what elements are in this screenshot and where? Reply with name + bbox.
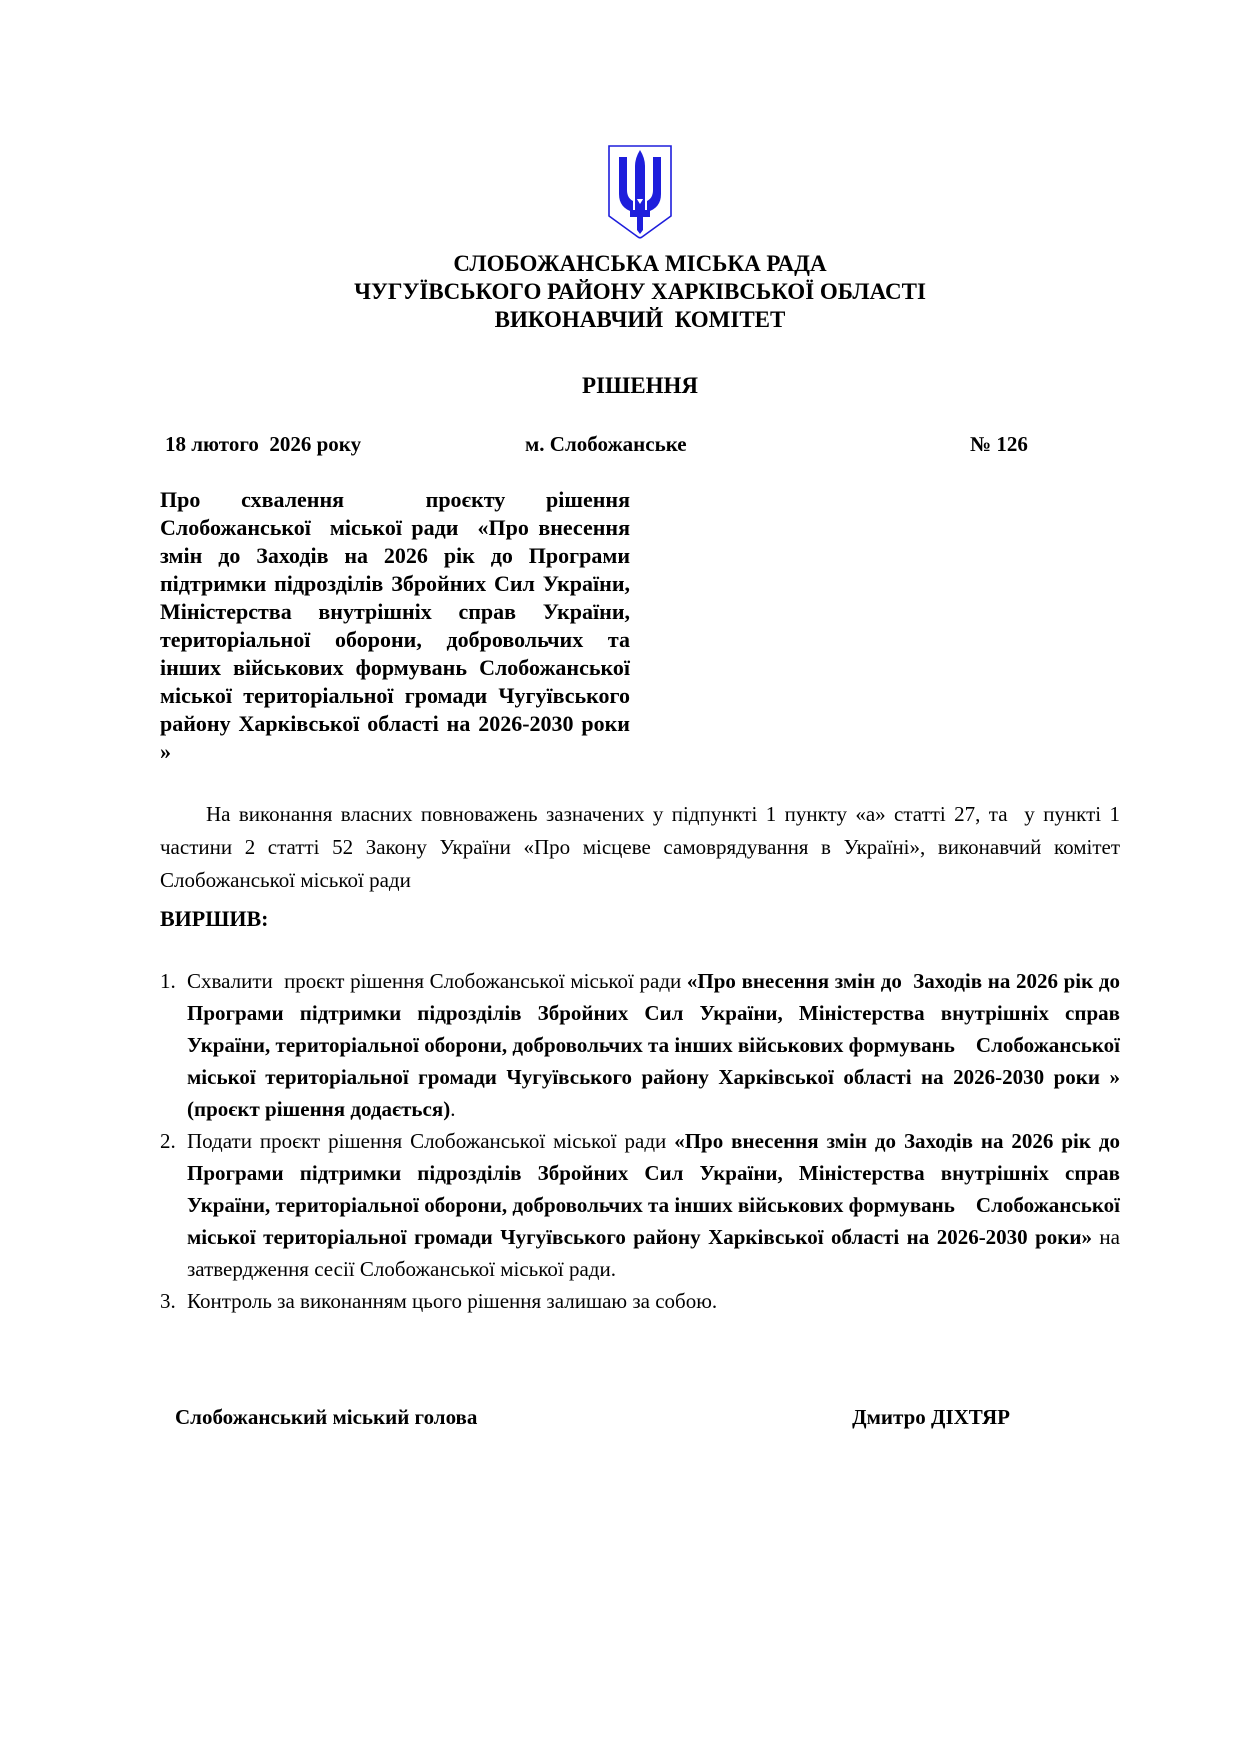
subject-paragraph: Про схвалення проєкту рішення Слобожансь…: [160, 486, 630, 766]
list-item: 1. Схвалити проєкт рішення Слобожанської…: [160, 965, 1120, 1125]
doc-type-title: РІШЕННЯ: [160, 372, 1120, 400]
item-number: 1.: [160, 965, 187, 1125]
doc-number: № 126: [970, 430, 1120, 458]
preamble-paragraph: На виконання власних повноважень зазначе…: [160, 798, 1120, 897]
document-content: СЛОБОЖАНСЬКА МІСЬКА РАДА ЧУГУЇВСЬКОГО РА…: [160, 0, 1120, 1431]
item-text: Подати проєкт рішення Слобожанської місь…: [187, 1125, 1120, 1285]
resolved-heading: ВИРШИВ:: [160, 905, 1120, 933]
list-item: 2. Подати проєкт рішення Слобожанської м…: [160, 1125, 1120, 1285]
document-page: СЛОБОЖАНСЬКА МІСЬКА РАДА ЧУГУЇВСЬКОГО РА…: [0, 0, 1240, 1754]
doc-date: 18 лютого 2026 року: [165, 430, 525, 458]
header-district: ЧУГУЇВСЬКОГО РАЙОНУ ХАРКІВСЬКОЇ ОБЛАСТІ: [160, 278, 1120, 306]
header-committee: ВИКОНАВЧИЙ КОМІТЕТ: [160, 306, 1120, 334]
item-text: Схвалити проєкт рішення Слобожанської мі…: [187, 965, 1120, 1125]
doc-place: м. Слобожанське: [525, 430, 970, 458]
document-header: СЛОБОЖАНСЬКА МІСЬКА РАДА ЧУГУЇВСЬКОГО РА…: [160, 0, 1120, 334]
signature-name: Дмитро ДІХТЯР: [852, 1403, 1010, 1431]
header-org-name: СЛОБОЖАНСЬКА МІСЬКА РАДА: [160, 250, 1120, 278]
item-text-regular: Схвалити проєкт рішення Слобожанської мі…: [187, 969, 687, 993]
meta-row: 18 лютого 2026 року м. Слобожанське № 12…: [160, 430, 1120, 458]
list-item: 3. Контроль за виконанням цього рішення …: [160, 1285, 1120, 1317]
item-text-regular: Подати проєкт рішення Слобожанської місь…: [187, 1129, 674, 1153]
item-text: Контроль за виконанням цього рішення зал…: [187, 1285, 1120, 1317]
signature-row: Слобожанський міський голова Дмитро ДІХТ…: [160, 1403, 1120, 1431]
item-number: 2.: [160, 1125, 187, 1285]
item-number: 3.: [160, 1285, 187, 1317]
signature-title: Слобожанський міський голова: [175, 1403, 477, 1431]
decision-list: 1. Схвалити проєкт рішення Слобожанської…: [160, 965, 1120, 1317]
coat-of-arms-icon: [606, 144, 674, 240]
item-text-regular: Контроль за виконанням цього рішення зал…: [187, 1289, 717, 1313]
item-text-after: .: [450, 1097, 455, 1121]
